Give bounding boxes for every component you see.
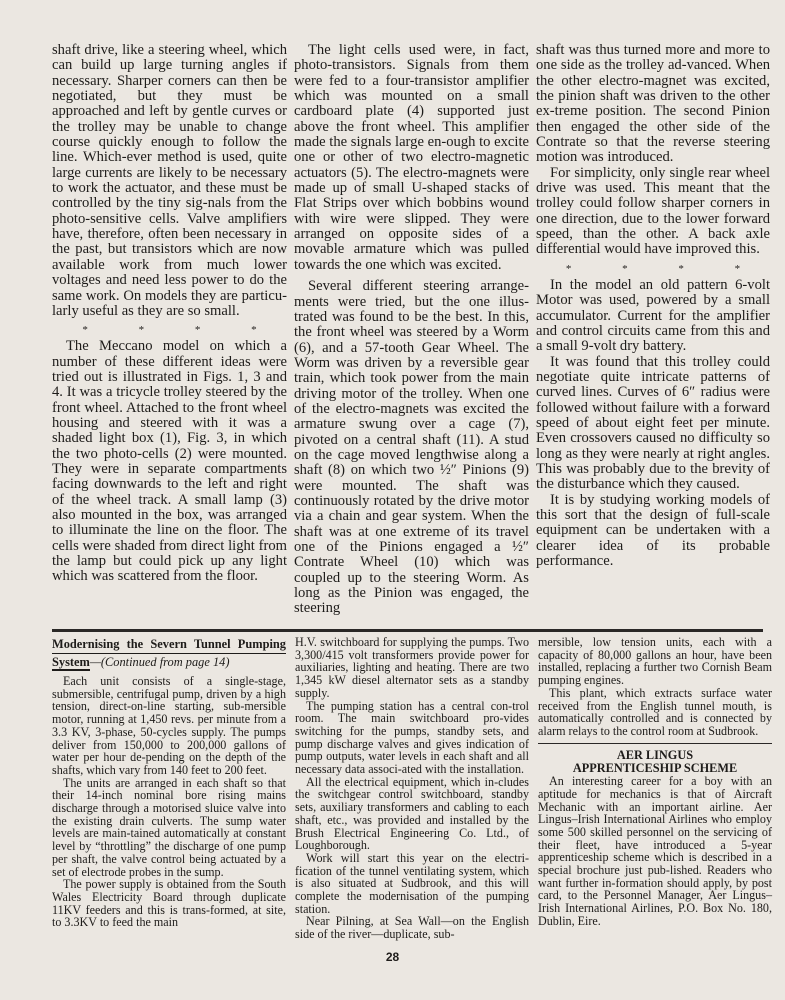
paragraph: In the model an old pattern 6-volt Motor… [536, 278, 770, 355]
paragraph: This plant, which extracts surface water… [538, 687, 772, 738]
paragraph: The power supply is obtained from the So… [52, 878, 286, 929]
page-number: 28 [0, 950, 785, 964]
paragraph: The units are arranged in each shaft so … [52, 777, 286, 879]
paragraph: mersible, low tension units, each with a… [538, 636, 772, 687]
paragraph: It is by studying working models of this… [536, 493, 770, 570]
severn-column-3: mersible, low tension units, each with a… [538, 636, 772, 941]
paragraph: Work will start this year on the electri… [295, 852, 529, 916]
section-separator: * * * * [52, 321, 287, 339]
article-column-2: The light cells used were, in fact, phot… [294, 43, 529, 626]
magazine-page: shaft drive, like a steering wheel, whic… [0, 0, 785, 1000]
article-column-3: shaft was thus turned more and more to o… [536, 43, 770, 626]
paragraph: The Meccano model on which a number of t… [52, 339, 287, 585]
paragraph: Several different steering arrange-ments… [294, 279, 529, 617]
paragraph: For simplicity, only single rear wheel d… [536, 166, 770, 258]
severn-column-2: H.V. switchboard for supplying the pumps… [295, 636, 529, 941]
article-line-follower: shaft drive, like a steering wheel, whic… [52, 43, 762, 626]
severn-column-1: Modernising the Severn Tunnel Pumping Sy… [52, 636, 286, 941]
article-column-1: shaft drive, like a steering wheel, whic… [52, 43, 287, 626]
lower-section: Modernising the Severn Tunnel Pumping Sy… [52, 636, 763, 936]
paragraph: The pumping station has a central con-tr… [295, 700, 529, 776]
paragraph: H.V. switchboard for supplying the pumps… [295, 636, 529, 700]
section-separator: * * * * [536, 260, 770, 278]
paragraph: The light cells used were, in fact, phot… [294, 43, 529, 273]
paragraph: shaft was thus turned more and more to o… [536, 43, 770, 166]
paragraph: It was found that this trolley could neg… [536, 355, 770, 493]
section-divider [52, 629, 763, 632]
severn-heading-bold: System [52, 655, 90, 671]
paragraph: Each unit consists of a single-stage, su… [52, 675, 286, 777]
severn-heading-continued: System—(Continued from page 14) [52, 654, 286, 671]
paragraph: shaft drive, like a steering wheel, whic… [52, 43, 287, 319]
continued-note: —(Continued from page 14) [90, 655, 230, 669]
paragraph: An interesting career for a boy with an … [538, 775, 772, 927]
paragraph: Near Pilning, at Sea Wall—on the English… [295, 915, 529, 940]
box-divider [538, 743, 772, 745]
paragraph: All the electrical equipment, which in-c… [295, 776, 529, 852]
severn-heading: Modernising the Severn Tunnel Pumping [52, 636, 286, 654]
